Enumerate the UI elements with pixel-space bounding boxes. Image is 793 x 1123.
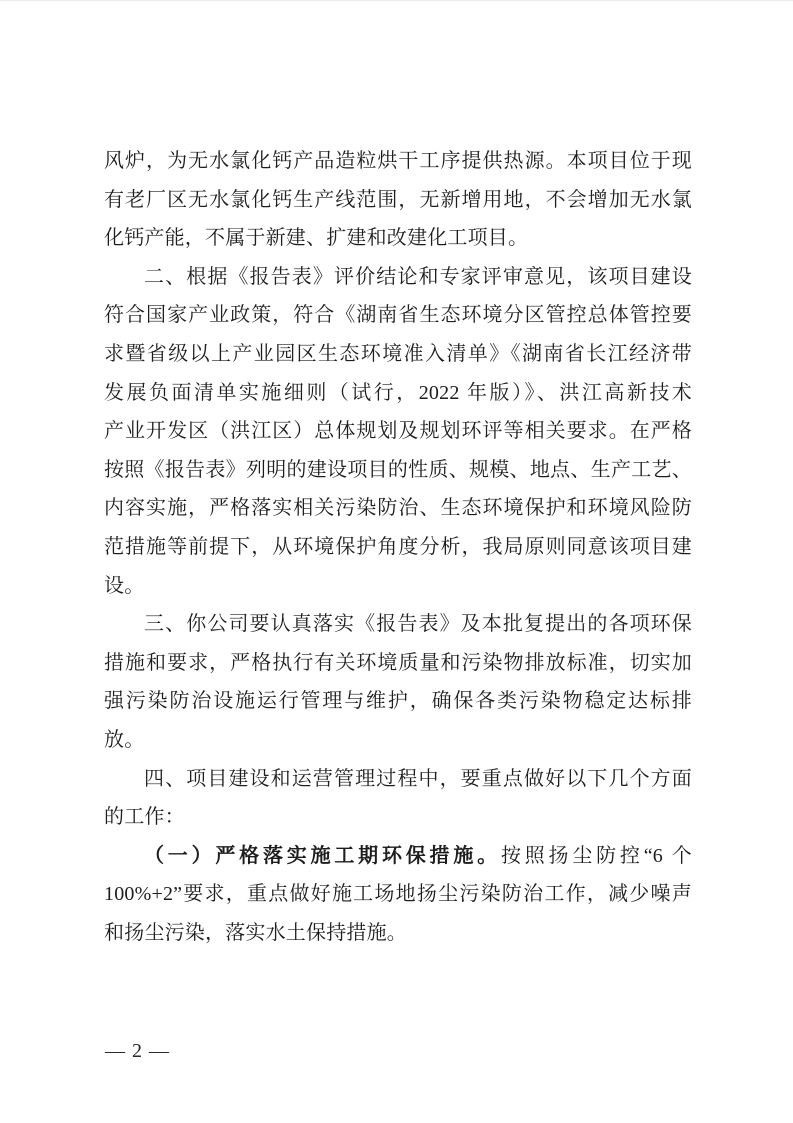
text-segment: 有老厂区无水氯化钙生产线范围，无新增用地，不会增加无水氯	[104, 189, 692, 211]
page-number: — 2 —	[105, 1040, 170, 1062]
text-line: 内容实施，严格落实相关污染防治、生态环境保护和环境风险防	[104, 489, 692, 528]
text-segment: 四、项目建设和运营管理过程中，要重点做好以下几个方面	[144, 768, 692, 790]
paragraph: 风炉，为无水氯化钙产品造粒烘干工序提供热源。本项目位于现有老厂区无水氯化钙生产线…	[104, 142, 692, 258]
text-line: 四、项目建设和运营管理过程中，要重点做好以下几个方面	[104, 760, 692, 799]
text-line: 三、你公司要认真落实《报告表》及本批复提出的各项环保	[104, 605, 692, 644]
text-line: 设。	[104, 567, 692, 606]
paragraph: （一）严格落实施工期环保措施。按照扬尘防控“6 个100%+2”要求，重点做好施…	[104, 837, 692, 953]
text-line: 100%+2”要求，重点做好施工场地扬尘污染防治工作，减少噪声	[104, 875, 692, 914]
text-line: 放。	[104, 721, 692, 760]
text-line: 风炉，为无水氯化钙产品造粒烘干工序提供热源。本项目位于现	[104, 142, 692, 181]
text-segment: 发展负面清单实施细则（试行，2022 年版）》、洪江高新技术	[104, 382, 692, 404]
text-segment: 风炉，为无水氯化钙产品造粒烘干工序提供热源。本项目位于现	[104, 150, 692, 172]
text-line: （一）严格落实施工期环保措施。按照扬尘防控“6 个	[104, 837, 692, 876]
text-line: 有老厂区无水氯化钙生产线范围，无新增用地，不会增加无水氯	[104, 181, 692, 220]
document-body: 风炉，为无水氯化钙产品造粒烘干工序提供热源。本项目位于现有老厂区无水氯化钙生产线…	[104, 142, 692, 952]
paragraph: 三、你公司要认真落实《报告表》及本批复提出的各项环保措施和要求，严格执行有关环境…	[104, 605, 692, 759]
text-line: 发展负面清单实施细则（试行，2022 年版）》、洪江高新技术	[104, 374, 692, 413]
text-line: 措施和要求，严格执行有关环境质量和污染物排放标准，切实加	[104, 644, 692, 683]
text-line: 的工作：	[104, 798, 692, 837]
text-line: 化钙产能，不属于新建、扩建和改建化工项目。	[104, 219, 692, 258]
bold-text-segment: （一）严格落实施工期环保措施。	[144, 845, 501, 867]
text-segment: 的工作：	[104, 806, 185, 828]
text-segment: 二、根据《报告表》评价结论和专家评审意见，该项目建设	[144, 266, 692, 288]
text-segment: 措施和要求，严格执行有关环境质量和污染物排放标准，切实加	[104, 652, 692, 674]
document-page: 风炉，为无水氯化钙产品造粒烘干工序提供热源。本项目位于现有老厂区无水氯化钙生产线…	[0, 0, 793, 1123]
text-segment: 符合国家产业政策，符合《湖南省生态环境分区管控总体管控要	[104, 304, 692, 326]
text-segment: 产业开发区（洪江区）总体规划及规划环评等相关要求。在严格	[104, 420, 692, 442]
page-footer: — 2 —	[105, 1039, 170, 1063]
text-line: 产业开发区（洪江区）总体规划及规划环评等相关要求。在严格	[104, 412, 692, 451]
text-line: 强污染防治设施运行管理与维护，确保各类污染物稳定达标排	[104, 682, 692, 721]
text-line: 求暨省级以上产业园区生态环境准入清单》《湖南省长江经济带	[104, 335, 692, 374]
text-segment: 放。	[104, 729, 144, 751]
text-segment: 100%+2”要求，重点做好施工场地扬尘污染防治工作，减少噪声	[104, 883, 692, 905]
text-line: 和扬尘污染，落实水土保持措施。	[104, 914, 692, 953]
text-segment: 按照《报告表》列明的建设项目的性质、规模、地点、生产工艺、	[104, 459, 692, 481]
paragraph: 二、根据《报告表》评价结论和专家评审意见，该项目建设符合国家产业政策，符合《湖南…	[104, 258, 692, 605]
text-segment: 求暨省级以上产业园区生态环境准入清单》《湖南省长江经济带	[104, 343, 692, 365]
paragraph: 四、项目建设和运营管理过程中，要重点做好以下几个方面的工作：	[104, 760, 692, 837]
text-segment: 按照扬尘防控“6 个	[501, 845, 692, 867]
text-line: 二、根据《报告表》评价结论和专家评审意见，该项目建设	[104, 258, 692, 297]
text-segment: 设。	[104, 575, 144, 597]
text-line: 按照《报告表》列明的建设项目的性质、规模、地点、生产工艺、	[104, 451, 692, 490]
text-line: 范措施等前提下，从环境保护角度分析，我局原则同意该项目建	[104, 528, 692, 567]
text-segment: 化钙产能，不属于新建、扩建和改建化工项目。	[104, 227, 528, 249]
text-segment: 三、你公司要认真落实《报告表》及本批复提出的各项环保	[144, 613, 692, 635]
text-segment: 内容实施，严格落实相关污染防治、生态环境保护和环境风险防	[104, 497, 692, 519]
text-segment: 强污染防治设施运行管理与维护，确保各类污染物稳定达标排	[104, 690, 692, 712]
text-segment: 和扬尘污染，落实水土保持措施。	[104, 922, 407, 944]
text-line: 符合国家产业政策，符合《湖南省生态环境分区管控总体管控要	[104, 296, 692, 335]
text-segment: 范措施等前提下，从环境保护角度分析，我局原则同意该项目建	[104, 536, 692, 558]
